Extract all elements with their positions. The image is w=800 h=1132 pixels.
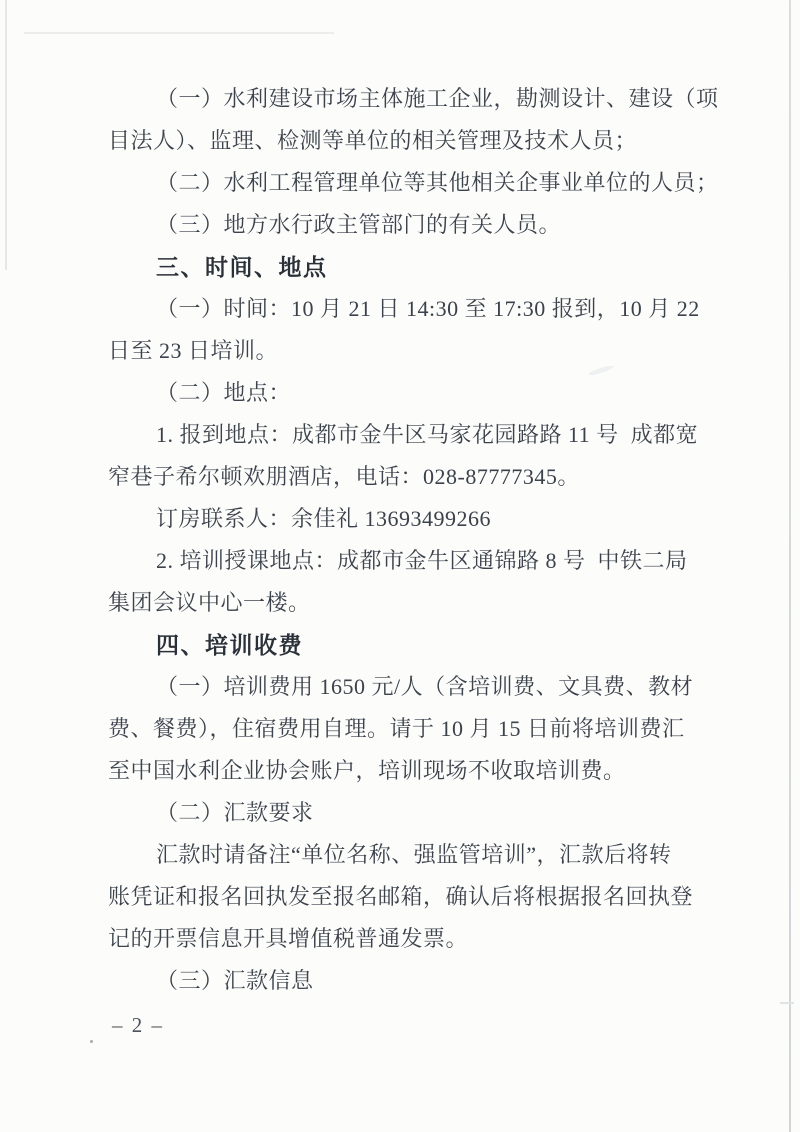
text-line: 日至 23 日培训。 <box>108 330 698 372</box>
text-line: （二）汇款要求 <box>108 792 698 834</box>
text-line: 账凭证和报名回执发至报名邮箱，确认后将根据报名回执登 <box>108 876 698 918</box>
scan-artifact-right-edge <box>789 0 791 1132</box>
text-line: 目法人）、监理、检测等单位的相关管理及技术人员； <box>108 120 698 162</box>
scan-artifact-smudge <box>780 1002 794 1004</box>
text-line: 记的开票信息开具增值税普通发票。 <box>108 918 698 960</box>
text-line: 至中国水利企业协会账户，培训现场不收取培训费。 <box>108 750 698 792</box>
document-body: （一）水利建设市场主体施工企业，勘测设计、建设（项目法人）、监理、检测等单位的相… <box>108 78 698 1002</box>
text-line: （一）水利建设市场主体施工企业，勘测设计、建设（项 <box>108 78 698 120</box>
text-line: 1. 报到地点：成都市金牛区马家花园路路 11 号 成都宽 <box>108 414 698 456</box>
text-line: 费、餐费），住宿费用自理。请于 10 月 15 日前将培训费汇 <box>108 708 698 750</box>
scan-artifact-dot <box>90 1040 93 1043</box>
text-line: （一）时间：10 月 21 日 14:30 至 17:30 报到，10 月 22 <box>108 288 698 330</box>
text-line: （一）培训费用 1650 元/人（含培训费、文具费、教材 <box>108 666 698 708</box>
scan-artifact-top-streak <box>24 32 334 34</box>
scanned-document-page: （一）水利建设市场主体施工企业，勘测设计、建设（项目法人）、监理、检测等单位的相… <box>0 0 800 1132</box>
text-line: 2. 培训授课地点：成都市金牛区通锦路 8 号 中铁二局 <box>108 540 698 582</box>
text-line: 订房联系人：余佳礼 13693499266 <box>108 498 698 540</box>
page-number: – 2 – <box>112 1010 164 1040</box>
section-heading: 四、培训收费 <box>108 624 698 666</box>
text-line: （三）地方水行政主管部门的有关人员。 <box>108 204 698 246</box>
text-line: （二）水利工程管理单位等其他相关企事业单位的人员； <box>108 162 698 204</box>
text-line: （二）地点： <box>108 372 698 414</box>
text-line: 窄巷子希尔顿欢朋酒店，电话：028-87777345。 <box>108 456 698 498</box>
scan-artifact-left-edge <box>5 0 7 270</box>
text-line: 汇款时请备注“单位名称、强监管培训”，汇款后将转 <box>108 834 698 876</box>
text-line: 集团会议中心一楼。 <box>108 582 698 624</box>
text-line: （三）汇款信息 <box>108 960 698 1002</box>
section-heading: 三、时间、地点 <box>108 246 698 288</box>
